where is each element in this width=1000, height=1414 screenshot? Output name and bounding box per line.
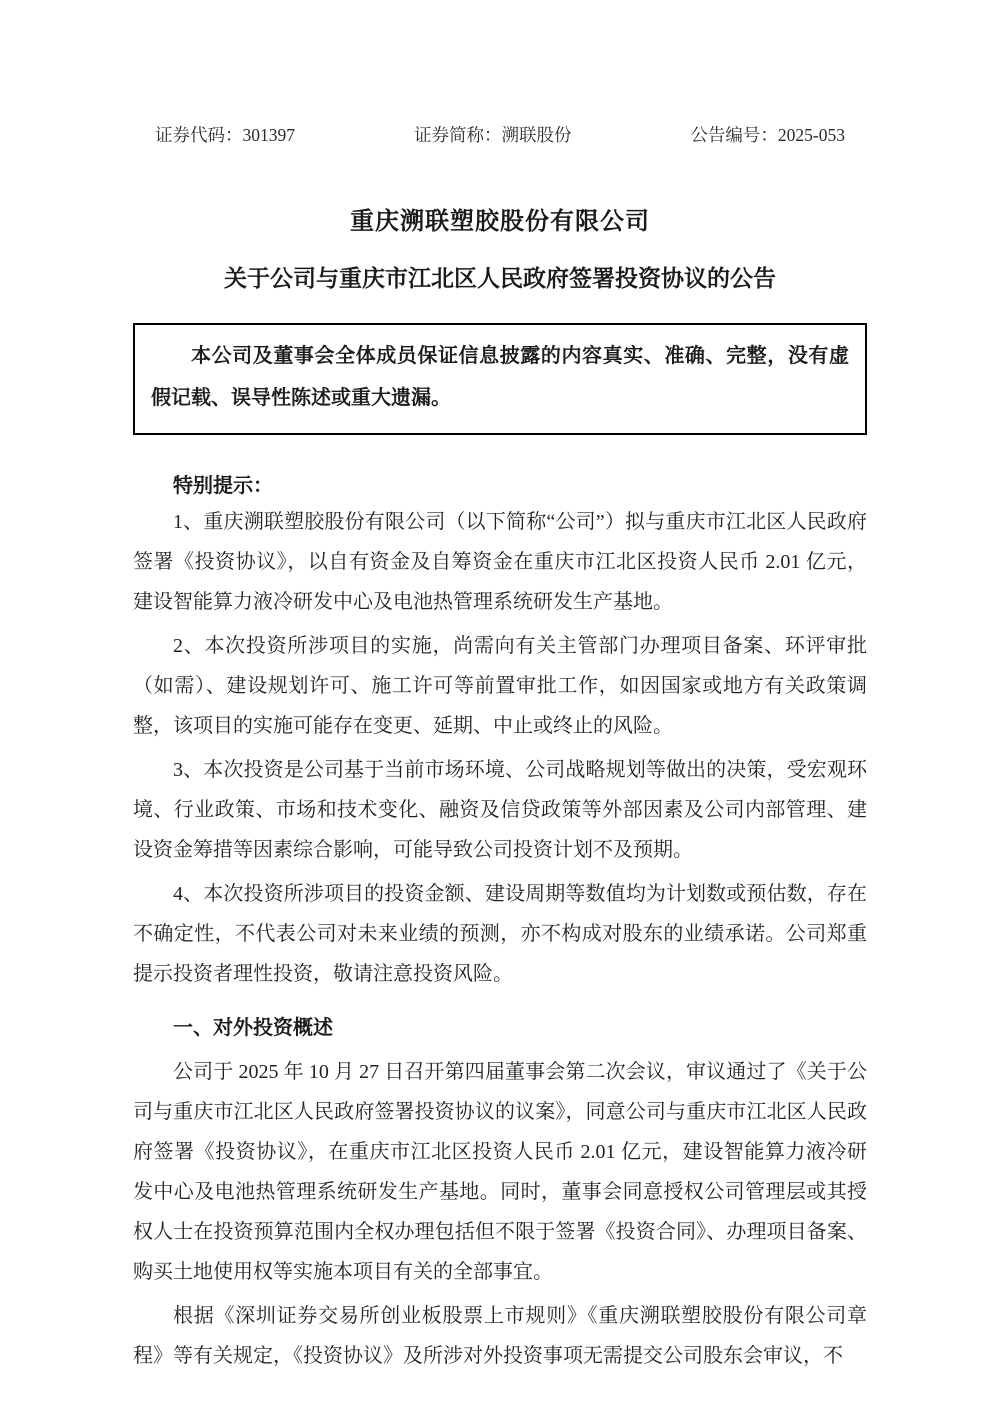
special-note-paragraph-3: 3、本次投资是公司基于当前市场环境、公司战略规划等做出的决策，受宏观环境、行业政… [133,750,867,870]
disclaimer-text: 本公司及董事会全体成员保证信息披露的内容真实、准确、完整，没有虚假记载、误导性陈… [151,335,849,419]
stock-code: 证券代码：301397 [155,122,295,147]
overview-paragraph-2: 根据《深圳证券交易所创业板股票上市规则》《重庆溯联塑胶股份有限公司章程》等有关规… [133,1296,867,1376]
special-notes-heading: 特别提示： [133,469,867,498]
special-note-paragraph-4: 4、本次投资所涉项目的投资金额、建设周期等数值均为计划数或预估数，存在不确定性，… [133,874,867,994]
special-note-paragraph-1: 1、重庆溯联塑胶股份有限公司（以下简称“公司”）拟与重庆市江北区人民政府签署《投… [133,502,867,622]
announcement-number: 公告编号：2025-053 [690,122,845,147]
securities-header: 证券代码：301397 证券简称：溯联股份 公告编号：2025-053 [133,122,867,147]
special-note-paragraph-2: 2、本次投资所涉项目的实施，尚需向有关主管部门办理项目备案、环评审批（如需）、建… [133,626,867,746]
company-title: 重庆溯联塑胶股份有限公司 [133,201,867,236]
page-content: 证券代码：301397 证券简称：溯联股份 公告编号：2025-053 重庆溯联… [0,122,1000,1376]
announcement-title: 关于公司与重庆市江北区人民政府签署投资协议的公告 [133,260,867,293]
disclaimer-box: 本公司及董事会全体成员保证信息披露的内容真实、准确、完整，没有虚假记载、误导性陈… [133,323,867,435]
stock-abbr: 证券简称：溯联股份 [414,122,572,147]
overview-paragraph-1: 公司于 2025 年 10 月 27 日召开第四届董事会第二次会议，审议通过了《… [133,1052,867,1292]
section-heading-overview: 一、对外投资概述 [133,1008,867,1048]
announcement-page: 证券代码：301397 证券简称：溯联股份 公告编号：2025-053 重庆溯联… [0,0,1000,1414]
